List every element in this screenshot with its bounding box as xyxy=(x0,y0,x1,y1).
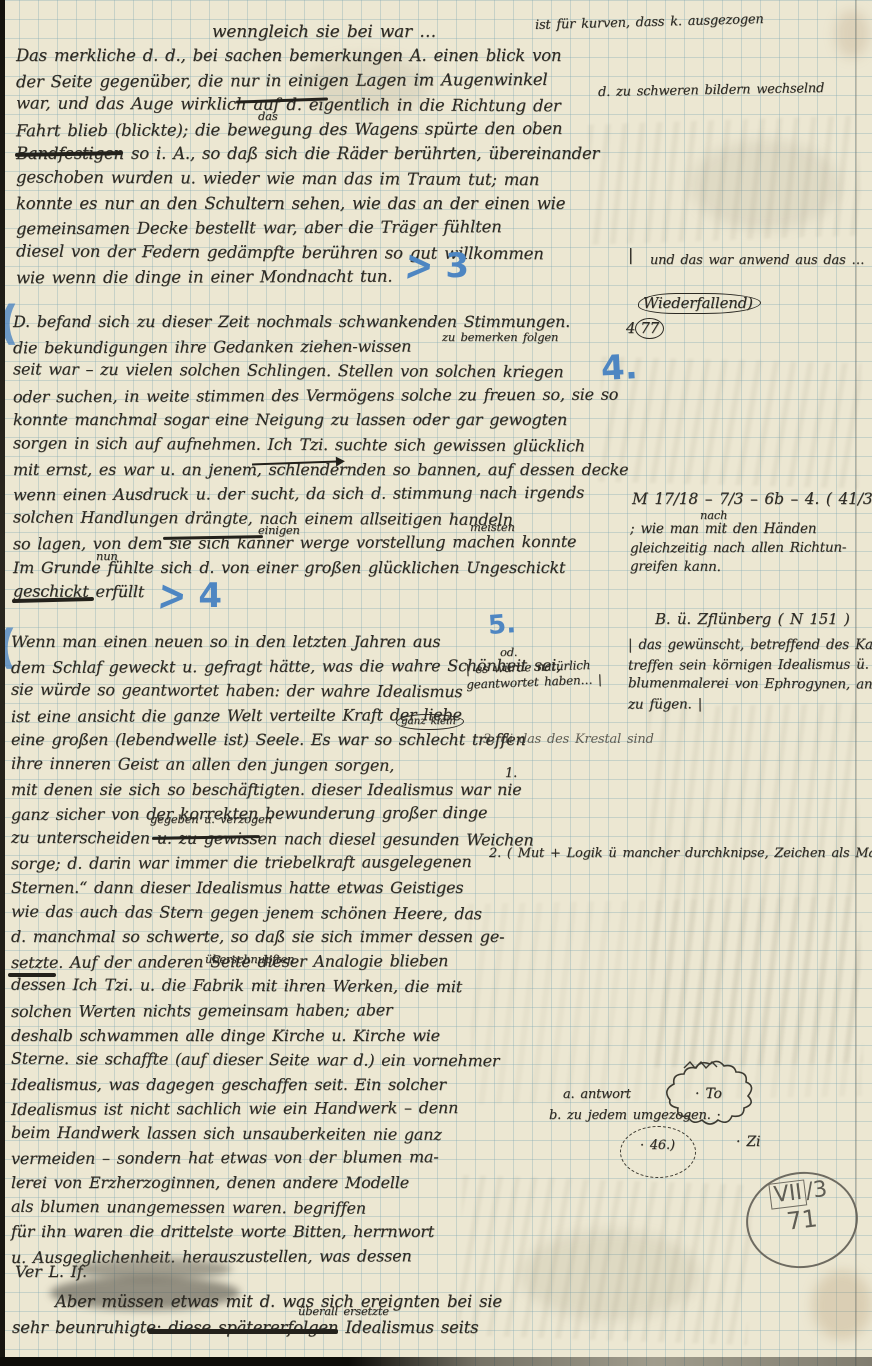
number-prefix: 4 xyxy=(626,319,635,337)
handwritten-line: war, und das Auge wirklich auf d. eigent… xyxy=(16,92,596,120)
handwritten-line: Idealismus, was dagegen geschaffen seit.… xyxy=(11,1073,481,1098)
inserted-word: einigen xyxy=(258,524,300,537)
page-title: wenngleich sie bei war … xyxy=(212,22,436,42)
strikethrough-mark xyxy=(148,1329,338,1334)
paragraph-1: Das merkliche d. d., bei sachen bemerkun… xyxy=(16,44,596,290)
inserted-word: meisten xyxy=(470,521,515,534)
chevron-icon: > xyxy=(402,241,436,291)
handwritten-line: mit denen sie sich so beschäftigten. die… xyxy=(11,778,481,803)
mid-note-item2: 2. ( Mut + Logik ü mancher durchknipse, … xyxy=(489,846,872,861)
handwritten-line: lerei von Erzherzoginnen, denen andere M… xyxy=(11,1171,481,1196)
inserted-word: das xyxy=(258,110,278,123)
handwritten-line: greifen kann. xyxy=(630,557,846,577)
strikethrough-mark xyxy=(8,973,56,977)
handwritten-line: treffen sein körnigen Idealismus ü. die xyxy=(628,655,872,676)
manuscript-page: wenngleich sie bei war … ist für kurven,… xyxy=(0,0,872,1366)
inserted-word: nun xyxy=(96,550,118,563)
zi-label: · Zi xyxy=(736,1134,760,1150)
margin-note-4-77: 477 xyxy=(626,318,664,339)
top-right-note: ist für kurven, dass k. ausgezogen xyxy=(535,11,764,34)
handwritten-line: dem Schlaf geweckt u. gefragt hätte, was… xyxy=(11,654,481,681)
margin-note-title: B. ü. Zflünberg ( N 151 ) xyxy=(655,610,850,628)
handwritten-line: Wenn man einen neuen so in den letzten J… xyxy=(11,630,481,655)
handwritten-line: zu fügen. | xyxy=(628,694,872,715)
oval-outline: Wiederfallend) xyxy=(638,293,761,314)
handwritten-line: solchen Werten nichts gemeinsam haben; a… xyxy=(11,998,481,1025)
handwritten-line: für ihn waren die drittelste worte Bitte… xyxy=(11,1220,481,1245)
bleed-through xyxy=(457,1175,752,1345)
paper-stain xyxy=(812,1270,872,1340)
handwritten-line: dessen Ich Tzi. u. die Fabrik mit ihren … xyxy=(11,973,481,1000)
handwritten-line: seit war – zu vielen solchen Schlingen. … xyxy=(13,358,613,386)
handwritten-line: sie würde so geantwortet haben: der wahr… xyxy=(11,678,481,705)
blue-mark-5: 5. xyxy=(487,609,517,641)
inserted-word: gegeben u. verzogen xyxy=(150,813,272,826)
handwritten-line: gleichzeitig nach allen Richtun‑ xyxy=(630,539,846,559)
handwritten-line: geschoben wurden u. wieder wie man das i… xyxy=(16,165,596,193)
handwritten-line: beim Handwerk lassen sich unsauberkeiten… xyxy=(11,1121,481,1148)
handwritten-line: blumenmalerei von Ephrogynen, and‑ xyxy=(628,674,872,695)
page-edge-left xyxy=(0,0,5,1366)
handwritten-line: der Seite gegenüber, die nur in einigen … xyxy=(16,67,596,94)
bottom-line-2: Aber müssen etwas mit d. was sich ereign… xyxy=(55,1292,502,1311)
handwritten-line: ihre inneren Geist an allen den jungen s… xyxy=(11,752,481,779)
stamp-3: 3 xyxy=(812,1177,829,1204)
blue-number: 4 xyxy=(198,576,222,616)
handwritten-line: | das gewünscht, betreffend des Kaufmann… xyxy=(628,636,872,656)
handwritten-line: d. manchmal so schwerte, so daß sie sich… xyxy=(11,925,481,950)
dashed-circle-label: · 46.) xyxy=(640,1138,675,1153)
blue-mark-3: > 3 xyxy=(405,246,469,286)
handwritten-line: Idealismus ist nicht sachlich wie ein Ha… xyxy=(11,1096,481,1123)
handwritten-line: solchen Handlungen drängte, nach einem a… xyxy=(13,505,613,533)
margin-note-wiederfallend: Wiederfallend) xyxy=(638,293,761,314)
margin-note-bilder: d. zu schweren bildern wechselnd xyxy=(598,80,824,101)
blue-number: 3 xyxy=(445,246,469,286)
inserted-word: überschnupften xyxy=(205,953,294,966)
handwritten-line: deshalb schwammen alle dinge Kirche u. K… xyxy=(11,1024,481,1049)
handwritten-line: konnte manchmal sogar eine Neigung zu la… xyxy=(13,408,613,433)
handwritten-line: Das merkliche d. d., bei sachen bemerkun… xyxy=(16,44,596,69)
handwritten-line: als blumen unangemessen waren. begriffen xyxy=(11,1194,481,1221)
handwritten-line: Sterne. sie schaffte (auf dieser Seite w… xyxy=(11,1047,481,1074)
inserted-word: überall ersetzte xyxy=(298,1305,389,1318)
page-edge-bottom xyxy=(0,1357,872,1366)
handwritten-line: oder suchen, in weite stimmen des Vermög… xyxy=(13,382,613,409)
margin-note-anwend: und das war anwend aus das … xyxy=(650,252,864,269)
handwritten-line: wenn einen Ausdruck u. der sucht, da sic… xyxy=(13,481,613,508)
chevron-icon: > xyxy=(155,571,189,621)
handwritten-line: konnte es nur an den Schultern sehen, wi… xyxy=(16,192,596,217)
signature-note: M 17/18 – 7/3 – 6b – 4. ( 41/3. ) xyxy=(632,490,872,508)
mid-note-item1: 1. xyxy=(505,766,517,781)
handwritten-line: sorgen in sich auf aufnehmen. Ich Tzi. s… xyxy=(13,431,613,459)
paper-stain xyxy=(835,10,869,58)
bleed-through xyxy=(588,115,862,244)
diagram-label-a: a. antwort xyxy=(563,1086,631,1103)
handwritten-line: wie das auch das Stern gegen jenem schön… xyxy=(11,899,481,926)
handwritten-line: ; wie man mit den Händen xyxy=(630,520,846,539)
inserted-word-circled: ganz klein xyxy=(396,714,464,730)
inserted-word: zu bemerken folgen xyxy=(442,331,558,344)
margin-note-block: | das gewünscht, betreffend des Kaufmann… xyxy=(628,636,872,714)
handwritten-line: wie wenn die dinge in einer Mondnacht tu… xyxy=(16,264,596,291)
signature-sub-note: ; wie man mit den Händengleichzeitig nac… xyxy=(630,520,846,577)
margin-pipe: | xyxy=(628,246,633,263)
handwritten-line: eine großen (lebendwelle ist) Seele. Es … xyxy=(11,728,481,753)
handwritten-line: Sternen.“ dann dieser Idealismus hatte e… xyxy=(11,876,481,901)
handwritten-line: sorge; d. darin war immer die triebelkra… xyxy=(11,850,481,877)
bottom-line-3: sehr beunruhigte: diese spätererfolgen I… xyxy=(12,1318,478,1337)
handwritten-line: geschickt erfüllt xyxy=(13,579,613,607)
blue-mark-4: > 4 xyxy=(158,576,222,616)
page-fold-line xyxy=(855,0,857,1366)
handwritten-line: zu unterscheiden u. zu gewissen nach die… xyxy=(11,826,481,853)
handwritten-line: vermeiden – sondern hat etwas von der bl… xyxy=(11,1145,481,1172)
handwritten-line: Fahrt blieb (blickte); die bewegung des … xyxy=(16,117,596,144)
handwritten-line: gemeinsamen Decke bestellt war, aber die… xyxy=(16,215,596,242)
handwritten-line: diesel von der Federn gedämpfte berühren… xyxy=(16,239,596,267)
circled-number: 77 xyxy=(635,318,664,339)
archive-stamp: VII/3 71 xyxy=(741,1166,864,1275)
cloud-label: · To xyxy=(695,1086,722,1102)
